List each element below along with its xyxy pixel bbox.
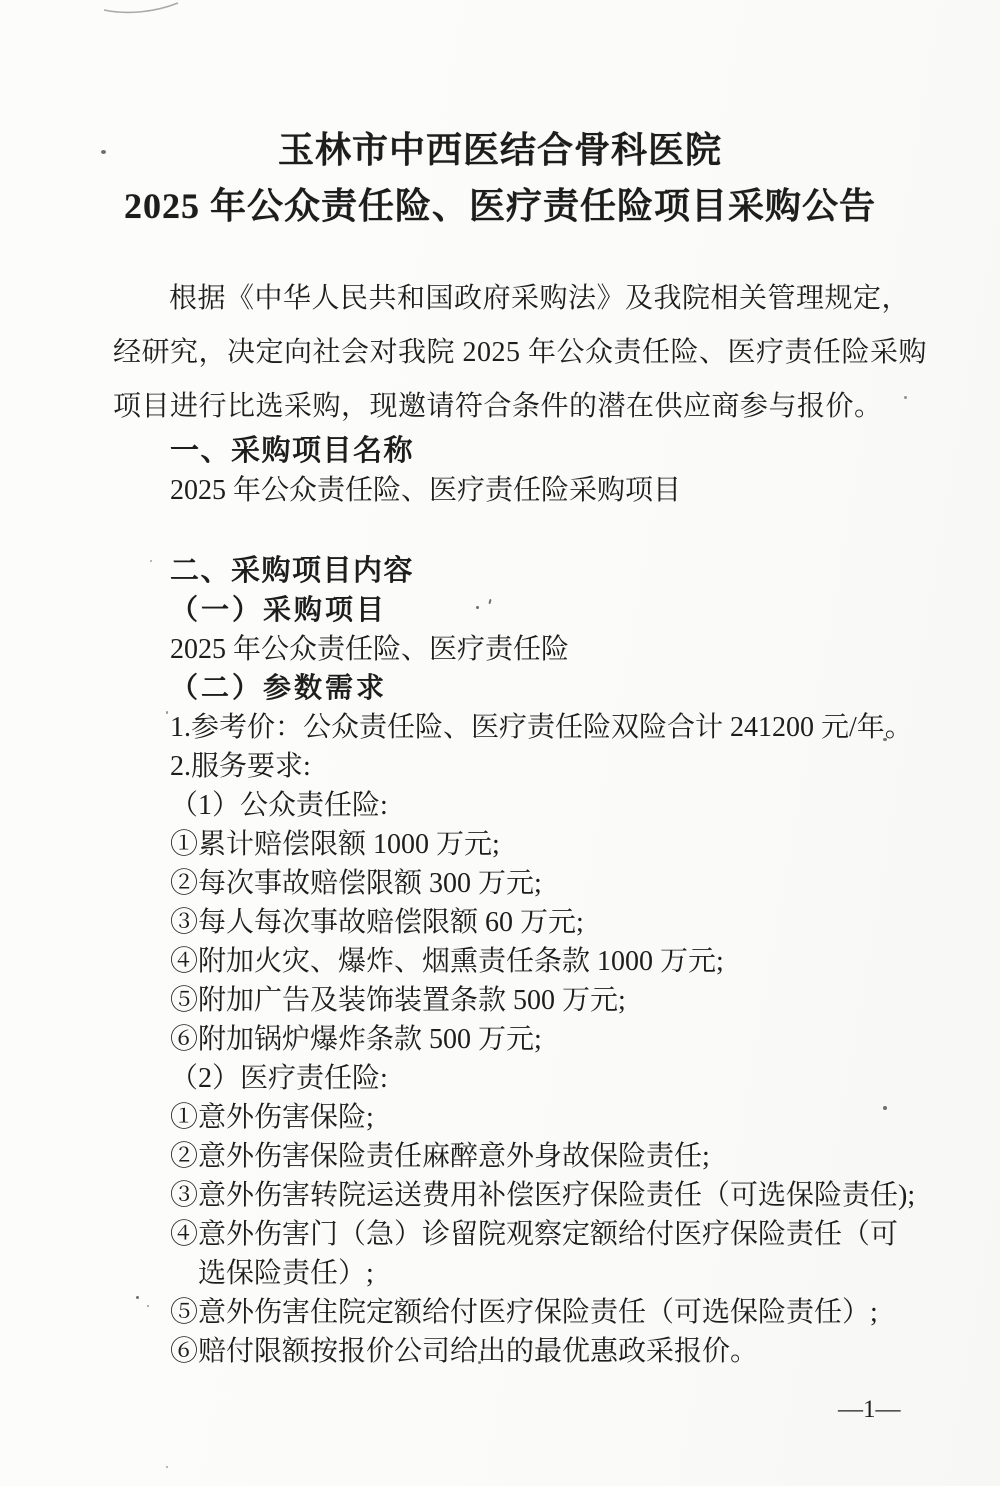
list-item: 1.参考价：公众责任险、医疗责任险双险合计 241200 元/年。	[170, 708, 930, 747]
pen-stroke-artifact	[100, 0, 180, 16]
list-item: ⑥赔付限额按报价公司给出的最优惠政采报价。	[170, 1332, 930, 1371]
intro-line: 经研究，决定向社会对我院 2025 年公众责任险、医疗责任险采购	[113, 326, 913, 380]
section-2-sub1-heading: （一）采购项目	[170, 591, 930, 630]
list-item: （1）公众责任险:	[170, 786, 930, 825]
blank-line	[170, 510, 930, 552]
section-1-body: 2025 年公众责任险、医疗责任险采购项目	[170, 471, 930, 510]
scan-speck	[166, 1466, 168, 1468]
scan-speck	[136, 1296, 139, 1299]
list-item: ④附加火灾、爆炸、烟熏责任条款 1000 万元;	[170, 942, 930, 981]
section-1-heading: 一、采购项目名称	[170, 432, 930, 471]
section-2-heading: 二、采购项目内容	[170, 552, 930, 591]
document-title: 玉林市中西医结合骨科医院 2025 年公众责任险、医疗责任险项目采购公告	[0, 122, 1000, 234]
list-item: ⑤意外伤害住院定额给付医疗保险责任（可选保险责任）;	[170, 1293, 930, 1332]
list-item: 2.服务要求:	[170, 747, 930, 786]
scan-speck	[147, 1305, 149, 1307]
scanned-document-page: 玉林市中西医结合骨科医院 2025 年公众责任险、医疗责任险项目采购公告 根据《…	[0, 0, 1000, 1486]
intro-line: 根据《中华人民共和国政府采购法》及我院相关管理规定，	[113, 272, 913, 326]
list-item: （2）医疗责任险:	[170, 1059, 930, 1098]
list-item: ②意外伤害保险责任麻醉意外身故保险责任;	[170, 1137, 930, 1176]
list-item: ②每次事故赔偿限额 300 万元;	[170, 864, 930, 903]
scan-speck	[904, 396, 907, 399]
section-2-sub1-body: 2025 年公众责任险、医疗责任险	[170, 630, 930, 669]
scan-speck	[166, 711, 168, 714]
intro-line: 项目进行比选采购，现邀请符合条件的潜在供应商参与报价。	[113, 380, 913, 434]
scan-speck	[478, 1361, 481, 1364]
page-number: —1—	[838, 1396, 901, 1424]
intro-paragraph: 根据《中华人民共和国政府采购法》及我院相关管理规定， 经研究，决定向社会对我院 …	[113, 272, 913, 434]
list-item: ⑥附加锅炉爆炸条款 500 万元;	[170, 1020, 930, 1059]
document-title-line2: 2025 年公众责任险、医疗责任险项目采购公告	[0, 178, 1000, 234]
list-item: ⑤附加广告及装饰装置条款 500 万元;	[170, 981, 930, 1020]
list-item: ③意外伤害转院运送费用补偿医疗保险责任（可选保险责任);	[170, 1176, 930, 1215]
scan-speck	[150, 560, 152, 562]
scan-speck	[101, 150, 106, 154]
section-2-sub2-heading: （二）参数需求	[170, 669, 930, 708]
scan-speck	[883, 738, 887, 741]
document-body: 一、采购项目名称 2025 年公众责任险、医疗责任险采购项目 二、采购项目内容 …	[170, 432, 930, 1371]
list-item: ①累计赔偿限额 1000 万元;	[170, 825, 930, 864]
list-item: ③每人每次事故赔偿限额 60 万元;	[170, 903, 930, 942]
list-item: ①意外伤害保险;	[170, 1098, 930, 1137]
scan-speck	[883, 1106, 887, 1110]
list-item-continuation: 选保险责任）;	[170, 1254, 930, 1293]
list-item: ④意外伤害门（急）诊留院观察定额给付医疗保险责任（可	[170, 1215, 930, 1254]
scan-speck	[476, 606, 479, 609]
document-title-line1: 玉林市中西医结合骨科医院	[0, 122, 1000, 178]
